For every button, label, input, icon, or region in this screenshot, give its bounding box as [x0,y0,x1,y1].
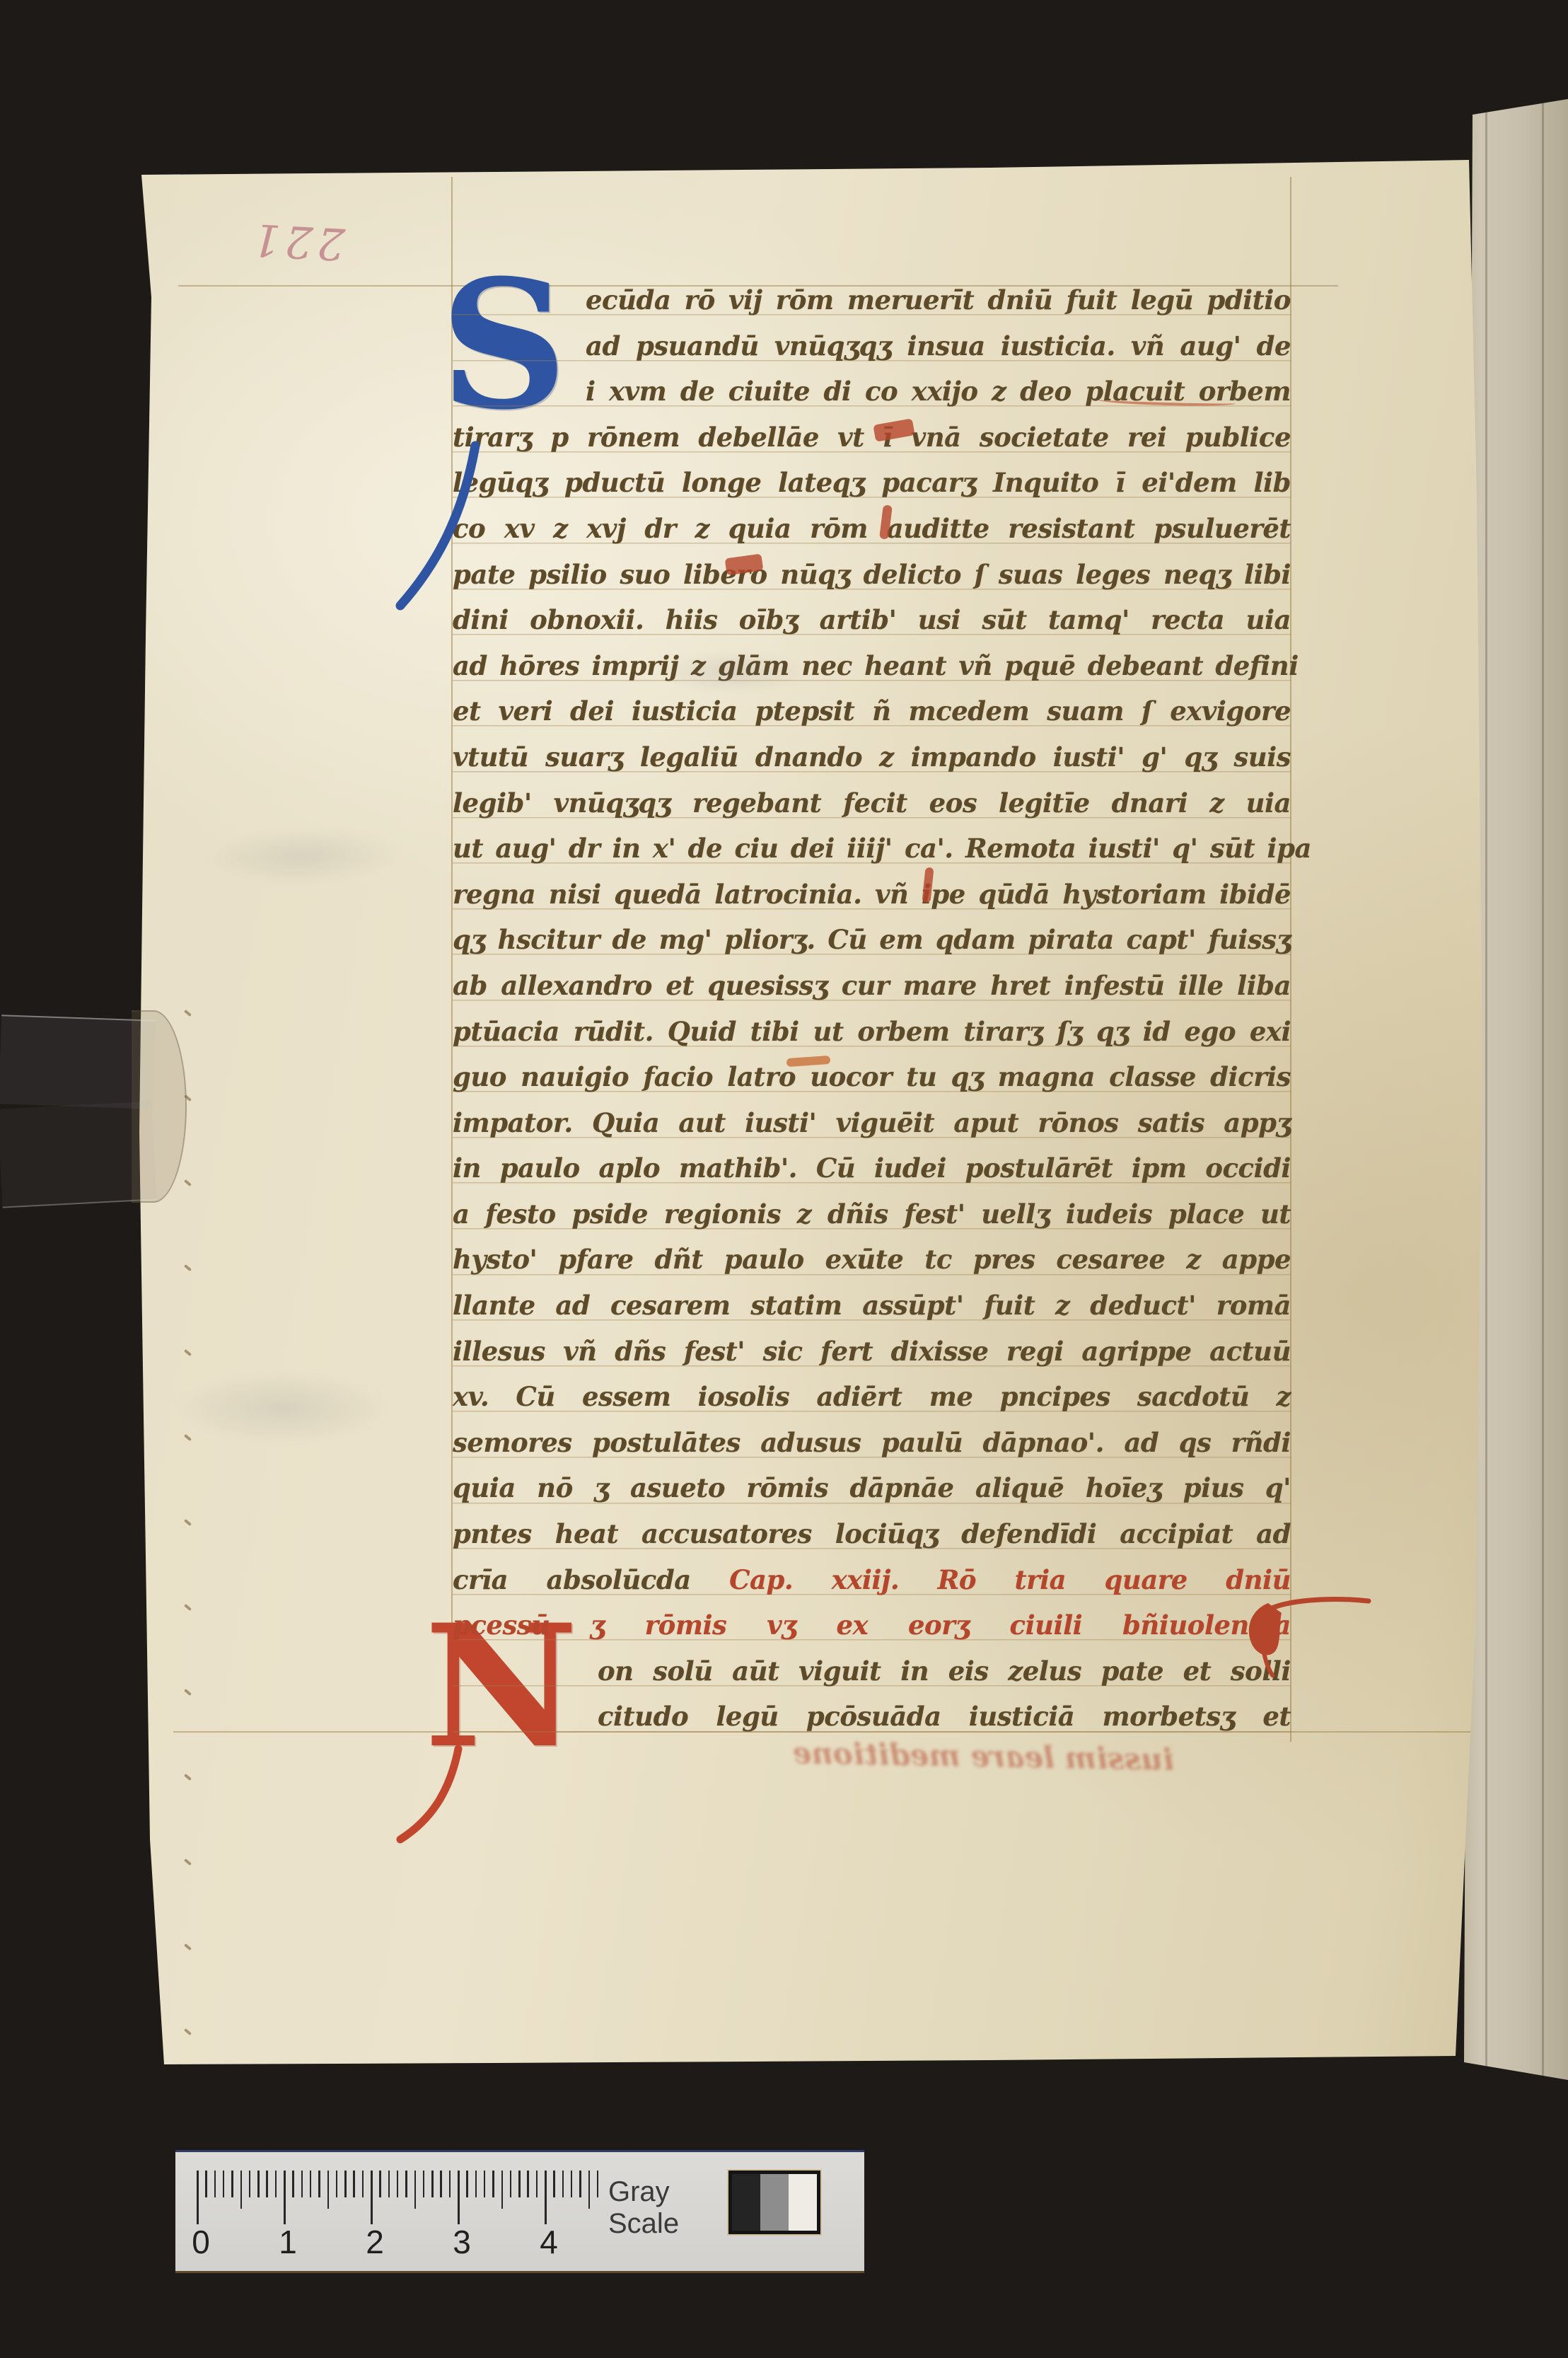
ruler-tick [327,2171,330,2209]
manuscript-line: on solū aūt viguit in eis zelus pate et … [453,1648,1291,1694]
prick-mark [184,1604,192,1611]
ruler-tick [197,2171,199,2224]
ruler-tick [379,2171,381,2197]
gray-swatch [789,2174,817,2231]
ruler-tick [353,2171,355,2197]
manuscript-line: legib' vnūqʒqʒ regebant fecit eos legitī… [453,780,1291,826]
manuscript-line: tirarʒ p rōnem debellāe vt ī vnā societa… [453,415,1291,461]
manuscript-line: co xv z xvj dr z quia rōm auditte resist… [453,506,1291,552]
ruler-tick [475,2171,477,2197]
ruler-number: 4 [535,2223,563,2261]
prick-mark [184,1859,192,1866]
scale-bar: 01234 Gray Scale [175,2152,864,2271]
ruler-tick [597,2171,599,2197]
ruler-tick [492,2171,494,2197]
show-through-smudge [204,824,405,888]
ruler-tick [257,2171,260,2197]
ruler-tick [284,2171,286,2224]
ruler-tick [579,2171,581,2197]
ruler-tick [292,2171,294,2197]
manuscript-line: pate psilio suo libero nūqʒ delicto ſ su… [453,552,1291,598]
manuscript-page: 221 S N ecūda rō vij rōm meruerīt dniū f… [0,0,1568,2358]
manuscript-line: legūqʒ pductū longe lateqʒ pacarʒ Inquit… [453,460,1291,506]
ruler-tick [484,2171,486,2197]
ruler-tick [249,2171,251,2197]
offset-rubric-ghost: iussim leare meditione [671,1733,1294,1801]
ruler-tick [458,2171,460,2224]
ruler-tick [510,2171,512,2197]
ruler-tick [545,2171,547,2224]
manuscript-line: quia nō ʒ asueto rōmis dāpnāe aliquē hoī… [453,1465,1291,1511]
manuscript-line: pntes heat accusatores lociūqʒ defendīdi… [453,1511,1291,1557]
ruler-tick [310,2171,312,2197]
ruler-tick [336,2171,338,2197]
manuscript-line: ut aug' dr in x' de ciu dei iiij' ca'. R… [453,826,1291,872]
manuscript-line: citudo legū pcōsuāda iusticiā morbetsʒ e… [453,1694,1291,1740]
show-through-smudge [658,651,806,693]
gray-scale-swatches [728,2171,820,2234]
manuscript-line: crīa absolūcda Cap. xxiij. Rō tria quare… [453,1557,1291,1603]
manuscript-line: illesus vñ dñs fest' sic fert dixisse re… [453,1329,1291,1375]
ruler-tick [240,2171,243,2209]
prick-mark [184,2028,192,2035]
manuscript-line: a festo pside regionis z dñis fest' uell… [453,1191,1291,1237]
gray-scale-label: Gray Scale [608,2176,736,2240]
manuscript-line: ad psuandū vnūqʒqʒ insua iusticia. vñ au… [453,323,1291,369]
ruler-tick [231,2171,233,2197]
ruler-tick [440,2171,442,2197]
ruler-tick [223,2171,225,2197]
ruler-number: 0 [187,2223,215,2261]
gray-swatch [760,2174,789,2231]
ruler-tick [388,2171,390,2197]
manuscript-line: llante ad cesarem statim assūpt' fuit z … [453,1283,1291,1329]
ruler-tick [571,2171,573,2197]
line-text: crīa absolūcda [453,1564,729,1595]
ruler-tick [405,2171,407,2197]
rubric-text: Cap. xxiij. Rō tria quare dniū [729,1564,1291,1595]
ruler-tick [527,2171,529,2197]
manuscript-line: pcessū ʒ rōmis vʒ ex eorʒ ciuili bñiuole… [453,1602,1291,1648]
ruler-tick [518,2171,521,2197]
ruler-tick [266,2171,268,2197]
manuscript-line: qʒ hscitur de mg' pliorʒ. Cū em qdam pir… [453,917,1291,963]
ruler-tick [536,2171,538,2197]
ruler-tick [588,2171,591,2209]
ruler-number: 1 [274,2223,302,2261]
prick-mark [184,1774,192,1781]
prick-mark [184,1689,192,1696]
manuscript-line: ad hōres imprij z glām nec heant vñ pquē… [453,643,1291,689]
ruler-tick [205,2171,207,2197]
right-page-crease [1542,99,1544,2080]
ruler-tick [397,2171,399,2197]
ruler-tick [214,2171,216,2197]
ruler-tick [431,2171,434,2197]
prick-mark [184,1943,192,1950]
ruler-number: 3 [448,2223,476,2261]
manuscript-line: dini obnoxii. hiis oībʒ artib' usi sūt t… [453,597,1291,643]
folio-number: 221 [238,201,347,270]
manuscript-line: ecūda rō vij rōm meruerīt dniū fuit legū… [453,277,1291,323]
ruler-tick [423,2171,425,2197]
ruler-tick [466,2171,468,2197]
ruler-tick [344,2171,347,2197]
gray-swatch [732,2174,760,2231]
ruler-number: 2 [361,2223,389,2261]
ruler-tick [371,2171,373,2224]
prick-mark [184,1010,192,1017]
text-block: ecūda rō vij rōm meruerīt dniū fuit legū… [453,277,1291,1740]
prick-mark [184,1264,192,1271]
ruler-tick [562,2171,564,2197]
prick-mark [184,1519,192,1526]
ruler-tick [301,2171,303,2197]
manuscript-line: ab allexandro et quesissʒ cur mare hret … [453,963,1291,1009]
ruler-tick [553,2171,555,2197]
ruler-tick [318,2171,320,2197]
manuscript-line: vtutū suarʒ legaliū dnando z impando ius… [453,734,1291,780]
manuscript-line: impator. Quia aut iusti' viguēit aput rō… [453,1100,1291,1146]
manuscript-line: in paulo aplo mathib'. Cū iudei postulār… [453,1145,1291,1191]
manuscript-line: ptūacia rūdit. Quid tibi ut orbem tirarʒ… [453,1009,1291,1055]
manuscript-line: semores postulātes adusus paulū dāpnao'.… [453,1420,1291,1466]
manuscript-line: et veri dei iusticia ptepsit ñ mcedem su… [453,688,1291,734]
manuscript-line: regna nisi quedā latrocinia. vñ ipe qūdā… [453,872,1291,918]
ruler-tick [501,2171,504,2209]
manuscript-line: guo nauigio facio latro uocor tu qʒ magn… [453,1054,1291,1100]
right-page-crease [1485,99,1487,2080]
ruler-tick [275,2171,277,2197]
manuscript-line: xv. Cū essem iosolis adiērt me pncipes s… [453,1374,1291,1420]
ruler-tick [362,2171,364,2197]
prick-mark [184,1349,192,1356]
ruler-tick [414,2171,417,2209]
ruler-tick [449,2171,451,2197]
prick-mark [184,1179,192,1186]
manuscript-line: hysto' pfare dñt paulo exūte tc pres ces… [453,1237,1291,1283]
photograph: 221 S N ecūda rō vij rōm meruerīt dniū f… [0,0,1568,2358]
manuscript-line: i xvm de ciuite di co xxijo z deo placui… [453,369,1291,415]
show-through-smudge [177,1372,389,1443]
